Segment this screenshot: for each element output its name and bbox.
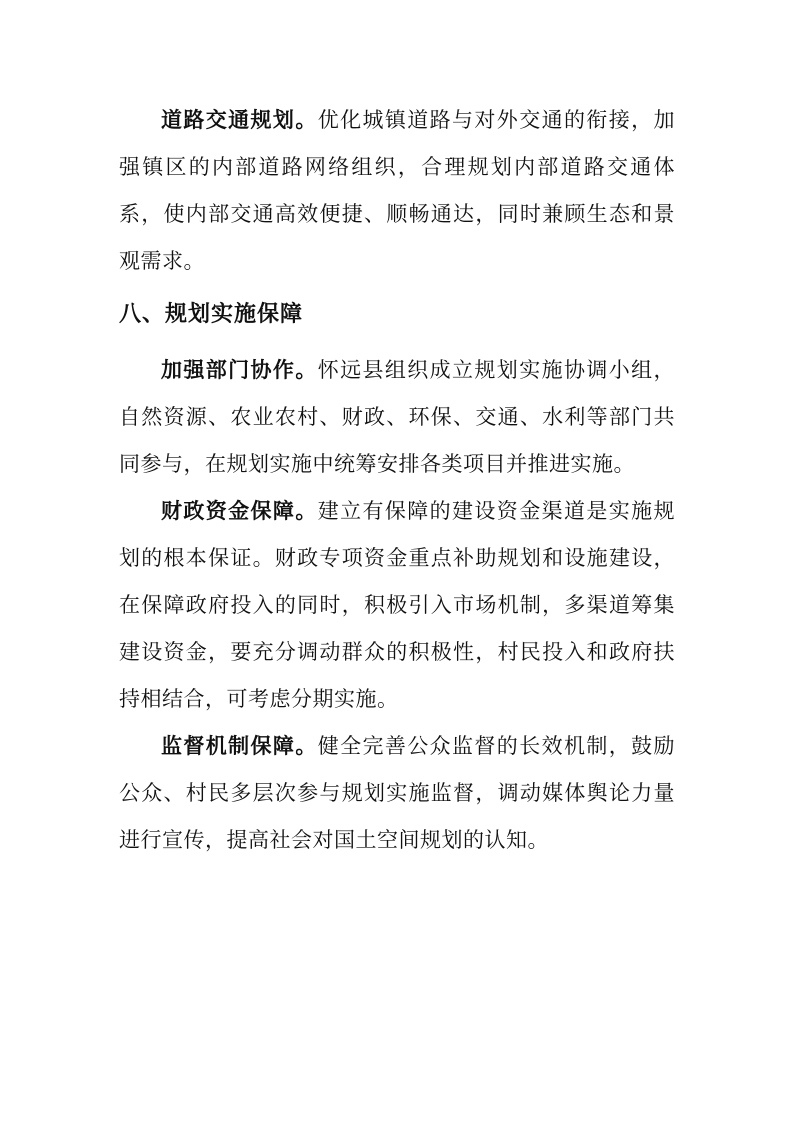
paragraph-supervision-mechanism: 监督机制保障。健全完善公众监督的长效机制，鼓励公众、村民多层次参与规划实施监督，…: [119, 723, 675, 864]
section-heading-plan-implementation: 八、规划实施保障: [119, 290, 675, 337]
paragraph-text-road-traffic-planning: 优化城镇道路与对外交通的衔接，加强镇区的内部道路网络组织，合理规划内部道路交通体…: [119, 108, 675, 273]
paragraph-road-traffic-planning: 道路交通规划。优化城镇道路与对外交通的衔接，加强镇区的内部道路网络组织，合理规划…: [119, 97, 675, 285]
paragraph-department-coordination: 加强部门协作。怀远县组织成立规划实施协调小组，自然资源、农业农村、财政、环保、交…: [119, 347, 675, 488]
paragraph-text-fiscal-funding: 建立有保障的建设资金渠道是实施规划的根本保证。财政专项资金重点补助规划和设施建设…: [119, 499, 675, 711]
paragraph-lead-supervision-mechanism: 监督机制保障。: [161, 734, 318, 758]
paragraph-lead-road-traffic-planning: 道路交通规划。: [161, 108, 318, 132]
paragraph-lead-fiscal-funding: 财政资金保障。: [161, 499, 318, 523]
paragraph-fiscal-funding: 财政资金保障。建立有保障的建设资金渠道是实施规划的根本保证。财政专项资金重点补助…: [119, 488, 675, 723]
paragraph-lead-department-coordination: 加强部门协作。: [161, 358, 318, 382]
document-page: 道路交通规划。优化城镇道路与对外交通的衔接，加强镇区的内部道路网络组织，合理规划…: [0, 0, 794, 1122]
